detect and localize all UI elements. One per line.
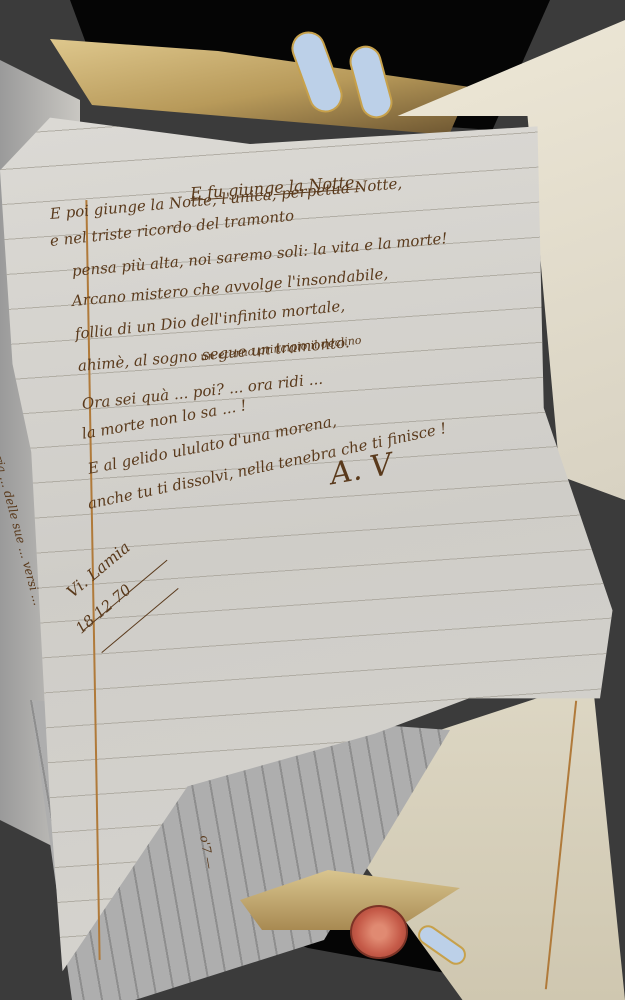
- wax-seal-icon: [350, 905, 408, 959]
